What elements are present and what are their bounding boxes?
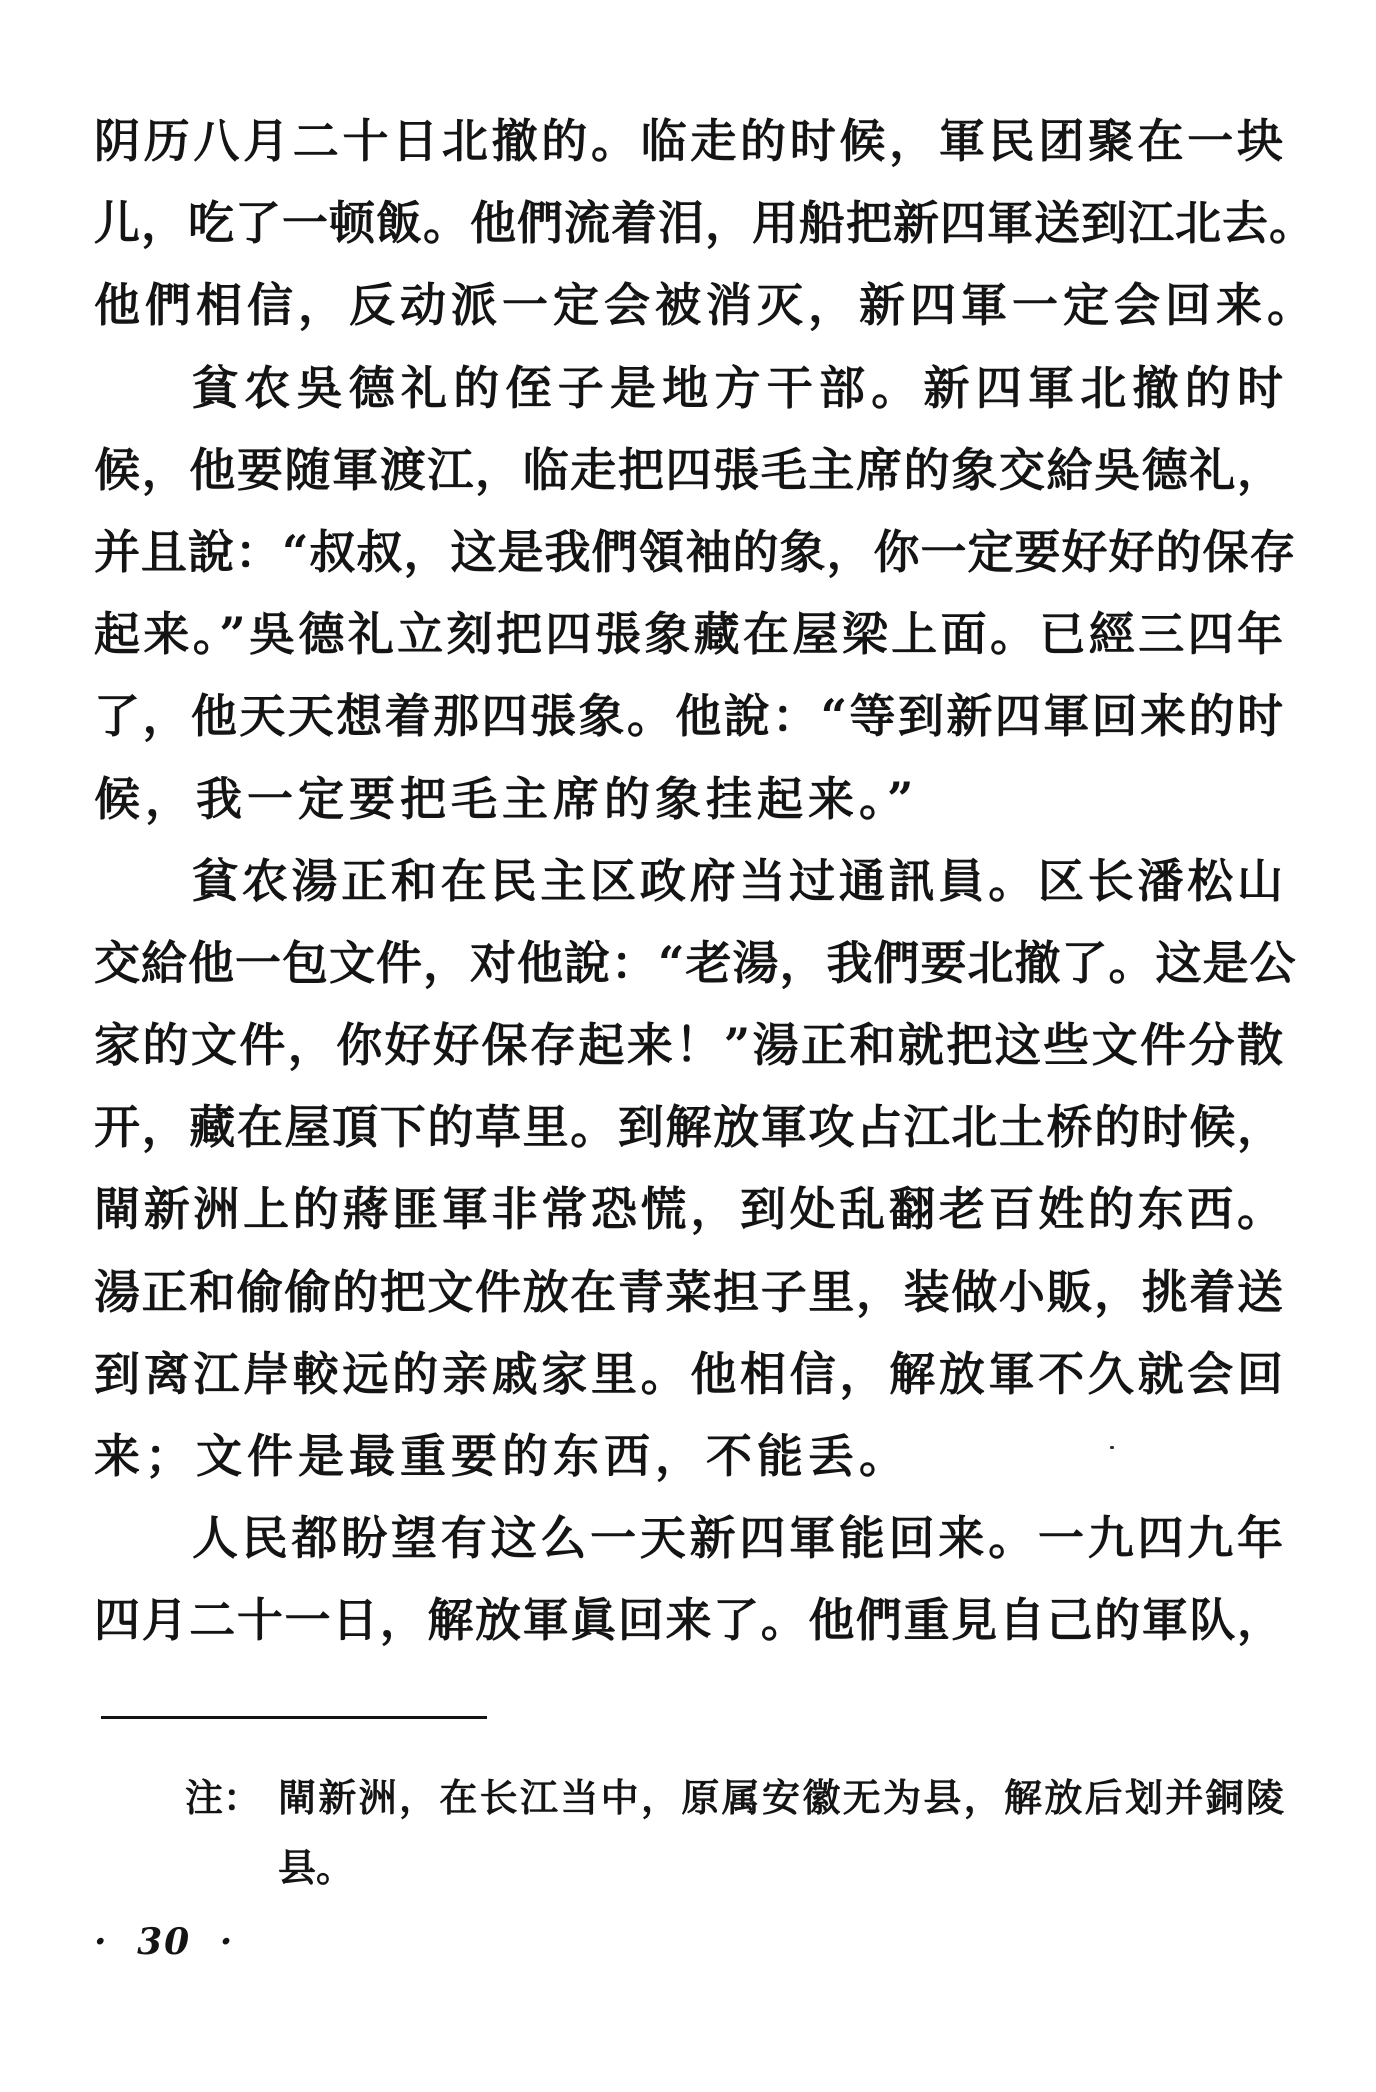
page-number: · 30 · [94, 1918, 234, 1966]
body-text: 阴历八月二十日北撤的。临走的时候，軍民团聚在一块 儿，吃了一顿飯。他們流着泪，用… [94, 100, 1284, 1662]
text-line: 到离江岸較远的亲戚家里。他相信，解放軍不久就会回 [94, 1333, 1284, 1415]
book-page: 阴历八月二十日北撤的。临走的时候，軍民团聚在一块 儿，吃了一顿飯。他們流着泪，用… [0, 0, 1376, 2092]
text-line: 了，他天天想着那四張象。他說：“等到新四軍回来的时 [94, 675, 1284, 757]
text-line: 閘新洲上的蔣匪軍非常恐慌，到处乱翻老百姓的东西。 [94, 1168, 1284, 1250]
footnote-marker: 注： [185, 1763, 261, 1833]
text-line: 湯正和偷偷的把文件放在青菜担子里，装做小販，挑着送 [94, 1251, 1284, 1333]
footnote-line: 閘新洲，在长江当中，原属安徽无为县，解放后划并銅陵 [278, 1763, 1284, 1833]
text-line: 四月二十一日，解放軍眞回来了。他們重見自己的軍队， [94, 1579, 1284, 1661]
text-line: 貧农湯正和在民主区政府当过通訊員。区长潘松山 [94, 840, 1284, 922]
paragraph-return: 人民都盼望有这么一天新四軍能回来。一九四九年 四月二十一日，解放軍眞回来了。他們… [94, 1497, 1284, 1661]
paragraph-wu-deli: 貧农吳德礼的侄子是地方干部。新四軍北撤的时 候，他要随軍渡江，临走把四張毛主席的… [94, 347, 1284, 840]
text-line: 家的文件，你好好保存起来！”湯正和就把这些文件分散 [94, 1004, 1284, 1086]
footnote-text: 閘新洲，在长江当中，原属安徽无为县，解放后划并銅陵 县。 [278, 1763, 1284, 1903]
footnote-divider [101, 1716, 487, 1719]
text-line: 开，藏在屋頂下的草里。到解放軍攻占江北土桥的时候， [94, 1086, 1284, 1168]
scan-speck [1110, 1446, 1114, 1449]
text-line: 起来。”吳德礼立刻把四張象藏在屋梁上面。已經三四年 [94, 593, 1284, 675]
text-line: 并且說：“叔叔，这是我們領袖的象，你一定要好好的保存 [94, 511, 1284, 593]
text-line: 儿，吃了一顿飯。他們流着泪，用船把新四軍送到江北去。 [94, 182, 1284, 264]
footnote-line: 县。 [278, 1833, 1284, 1903]
text-line: 候，他要随軍渡江，临走把四張毛主席的象交給吳德礼， [94, 429, 1284, 511]
text-line: 他們相信，反动派一定会被消灭，新四軍一定会回来。 [94, 264, 1284, 346]
text-line: 交給他一包文件，对他說：“老湯，我們要北撤了。这是公 [94, 922, 1284, 1004]
paragraph-continued: 阴历八月二十日北撤的。临走的时候，軍民团聚在一块 儿，吃了一顿飯。他們流着泪，用… [94, 100, 1284, 347]
text-line: 阴历八月二十日北撤的。临走的时候，軍民团聚在一块 [94, 100, 1284, 182]
text-line: 来；文件是最重要的东西，不能丢。 [94, 1415, 1284, 1497]
paragraph-tang-zhenghe: 貧农湯正和在民主区政府当过通訊員。区长潘松山 交給他一包文件，对他說：“老湯，我… [94, 840, 1284, 1498]
text-line: 候，我一定要把毛主席的象挂起来。” [94, 758, 1284, 840]
text-line: 人民都盼望有这么一天新四軍能回来。一九四九年 [94, 1497, 1284, 1579]
text-line: 貧农吳德礼的侄子是地方干部。新四軍北撤的时 [94, 347, 1284, 429]
